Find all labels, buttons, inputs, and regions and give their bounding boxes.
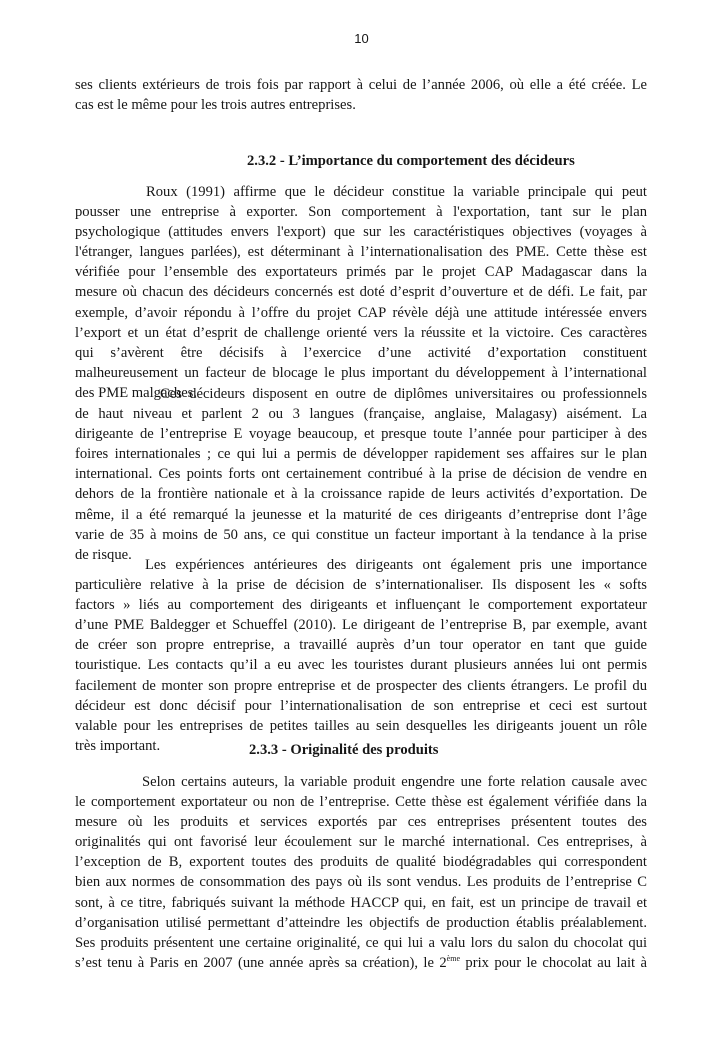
text-line: qui s’avèrent être décisifs à l’exercice… <box>75 343 647 363</box>
text-line: même, il a été remarqué la jeunesse et l… <box>75 505 647 525</box>
page-number: 10 <box>0 31 723 46</box>
text-line: cas est le même pour les trois autres en… <box>75 95 647 115</box>
text-line: de créer son propre entreprise, a travai… <box>75 635 647 655</box>
text-line: valable pour les entreprises de petites … <box>75 716 647 736</box>
text-line: sont, à ce titre, fabriqués suivant la m… <box>75 893 647 913</box>
text-line: dehors de la frontière nationale et à la… <box>75 484 647 504</box>
text-fragment: prix pour le chocolat au lait à <box>460 955 647 971</box>
text-line: Ses produits présentent une certaine ori… <box>75 933 647 953</box>
superscript: ème <box>447 954 460 963</box>
paragraph: Les expériences antérieures des dirigean… <box>75 555 647 756</box>
text-line: pousser une entreprise à exporter. Son c… <box>75 202 647 222</box>
text-line: mesure où les produits et services expor… <box>75 812 647 832</box>
text-line: Roux (1991) affirme que le décideur cons… <box>75 182 647 202</box>
text-line: décideur est donc décisif pour l’interna… <box>75 696 647 716</box>
text-line: facilement de monter son propre entrepri… <box>75 676 647 696</box>
text-line: s’est tenu à Paris en 2007 (une année ap… <box>75 953 647 973</box>
paragraph: Selon certains auteurs, la variable prod… <box>75 772 647 973</box>
text-line: le comportement exportateur ou non de l’… <box>75 792 647 812</box>
text-line: factors » liés au comportement des dirig… <box>75 595 647 615</box>
intro-paragraph: ses clients extérieurs de trois fois par… <box>75 75 647 115</box>
text-line: l’exception de B, exportent toutes des p… <box>75 852 647 872</box>
text-line: touristique. Les contacts qu’il a eu ave… <box>75 655 647 675</box>
section-heading-2-3-3: 2.3.3 - Originalité des produits <box>249 742 438 759</box>
text-line: Ces décideurs disposent en outre de dipl… <box>75 384 647 404</box>
text-line: dirigeante de l’entreprise E voyage beau… <box>75 424 647 444</box>
text-line: l'étranger, langues parlées), est déterm… <box>75 242 647 262</box>
text-line: bien aux normes de consommation des pays… <box>75 872 647 892</box>
text-line: exemple, d’avoir répondu à l’offre du pr… <box>75 303 647 323</box>
text-line: varie de 35 à moins de 50 ans, ce qui co… <box>75 525 647 545</box>
text-line: d’une PME Baldegger et Schueffel (2010).… <box>75 615 647 635</box>
text-line: Les expériences antérieures des dirigean… <box>75 555 647 575</box>
text-line: de haut niveau et parlent 2 ou 3 langues… <box>75 404 647 424</box>
section-heading-2-3-2: 2.3.2 - L’importance du comportement des… <box>247 153 575 170</box>
paragraph: Ces décideurs disposent en outre de dipl… <box>75 384 647 565</box>
text-line: Selon certains auteurs, la variable prod… <box>75 772 647 792</box>
text-line: vérifiée pour l’ensemble des exportateur… <box>75 262 647 282</box>
text-line: particulière relative à la prise de déci… <box>75 575 647 595</box>
text-line: originalités qui ont favorisé leur écoul… <box>75 832 647 852</box>
text-line: international. Ces points forts ont cert… <box>75 464 647 484</box>
text-line: psychologique (attitudes envers l'export… <box>75 222 647 242</box>
text-line: d’organisation utilisé permettant d’atte… <box>75 913 647 933</box>
text-line: malheureusement un facteur de blocage le… <box>75 363 647 383</box>
text-line: foires internationales ; ce qui lui a pe… <box>75 444 647 464</box>
text-line: mesure où chacun des décideurs concernés… <box>75 282 647 302</box>
text-fragment: s’est tenu à Paris en 2007 (une année ap… <box>75 955 447 971</box>
paragraph: Roux (1991) affirme que le décideur cons… <box>75 182 647 403</box>
text-line: l’export et un état d’esprit de challeng… <box>75 323 647 343</box>
text-line: ses clients extérieurs de trois fois par… <box>75 75 647 95</box>
